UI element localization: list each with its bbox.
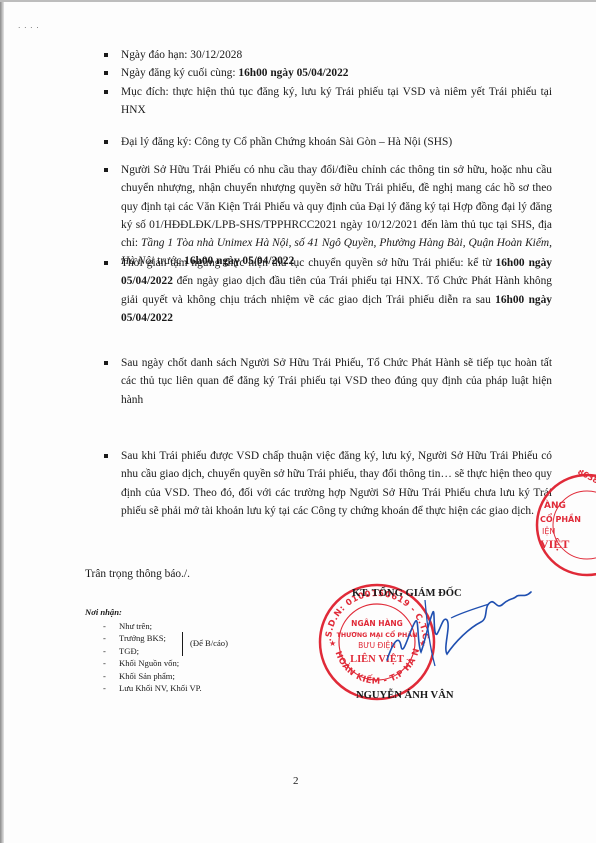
page-number: 2 <box>293 775 299 787</box>
recipients-bracket-note: (Để B/cáo) <box>190 638 228 648</box>
partial-seal-stamp: ÀNG CỔ PHẦN IỆN VIỆT 8638-C.T.C.P <box>532 470 596 580</box>
square-bullet-icon <box>104 361 108 365</box>
svg-text:ÀNG: ÀNG <box>544 499 566 511</box>
recipients-title: Nơi nhận: <box>85 607 122 617</box>
closing-line: Trân trọng thông báo./. <box>85 568 190 580</box>
recipients-bracket <box>182 632 183 656</box>
svg-text:★: ★ <box>329 639 336 648</box>
square-bullet-icon <box>104 168 108 172</box>
recipient-item: TGĐ; <box>103 645 202 657</box>
svg-text:CỔ PHẦN: CỔ PHẦN <box>540 512 581 524</box>
bullet-text: Đại lý đăng ký: Công ty Cổ phần Chứng kh… <box>121 133 552 151</box>
signatory-name: NGUYỄN ÁNH VÂN <box>356 690 454 701</box>
scan-specks: · · · · <box>18 24 40 32</box>
bullet-text: Sau ngày chốt danh sách Người Sở Hữu Trá… <box>121 354 552 409</box>
bullet-item: Thời gian tạm ngừng thực hiện thủ tục ch… <box>104 254 552 327</box>
square-bullet-icon <box>104 90 108 94</box>
bullet-item: Đại lý đăng ký: Công ty Cổ phần Chứng kh… <box>104 133 552 151</box>
bullet-item: Ngày đáo hạn: 30/12/2028 <box>104 46 552 64</box>
bullet-item: Ngày đăng ký cuối cùng: 16h00 ngày 05/04… <box>104 64 552 82</box>
bullet-item: Sau ngày chốt danh sách Người Sở Hữu Trá… <box>104 354 552 409</box>
document-page: · · · · Ngày đáo hạn: 30/12/2028Ngày đăn… <box>0 0 596 843</box>
square-bullet-icon <box>104 140 108 144</box>
bullet-text: Mục đích: thực hiện thủ tục đăng ký, lưu… <box>121 83 552 120</box>
svg-text:8638-C.T.C.P: 8638-C.T.C.P <box>576 470 596 502</box>
recipient-item: Lưu Khối NV, Khối VP. <box>103 682 202 694</box>
recipient-item: Khối Sản phẩm; <box>103 670 202 682</box>
svg-text:VIỆT: VIỆT <box>540 537 569 551</box>
bullet-text: Thời gian tạm ngừng thực hiện thủ tục ch… <box>121 254 552 327</box>
square-bullet-icon <box>104 261 108 265</box>
recipients-list: Như trên;Trưởng BKS;TGĐ;Khối Nguồn vốn;K… <box>103 620 202 694</box>
recipient-item: Trưởng BKS; <box>103 632 202 644</box>
bullet-text: Sau khi Trái phiếu được VSD chấp thuận v… <box>121 447 552 520</box>
recipient-item: Như trên; <box>103 620 202 632</box>
svg-text:IỆN: IỆN <box>542 525 555 537</box>
handwritten-signature <box>385 582 535 672</box>
square-bullet-icon <box>104 71 108 75</box>
square-bullet-icon <box>104 454 108 458</box>
bullet-text: Ngày đăng ký cuối cùng: 16h00 ngày 05/04… <box>121 64 552 82</box>
bullet-text: Ngày đáo hạn: 30/12/2028 <box>121 46 552 64</box>
bullet-item: Sau khi Trái phiếu được VSD chấp thuận v… <box>104 447 552 520</box>
scan-edge-top <box>0 0 596 2</box>
recipient-item: Khối Nguồn vốn; <box>103 657 202 669</box>
scan-edge <box>0 0 4 843</box>
square-bullet-icon <box>104 53 108 57</box>
bullet-item: Mục đích: thực hiện thủ tục đăng ký, lưu… <box>104 83 552 120</box>
